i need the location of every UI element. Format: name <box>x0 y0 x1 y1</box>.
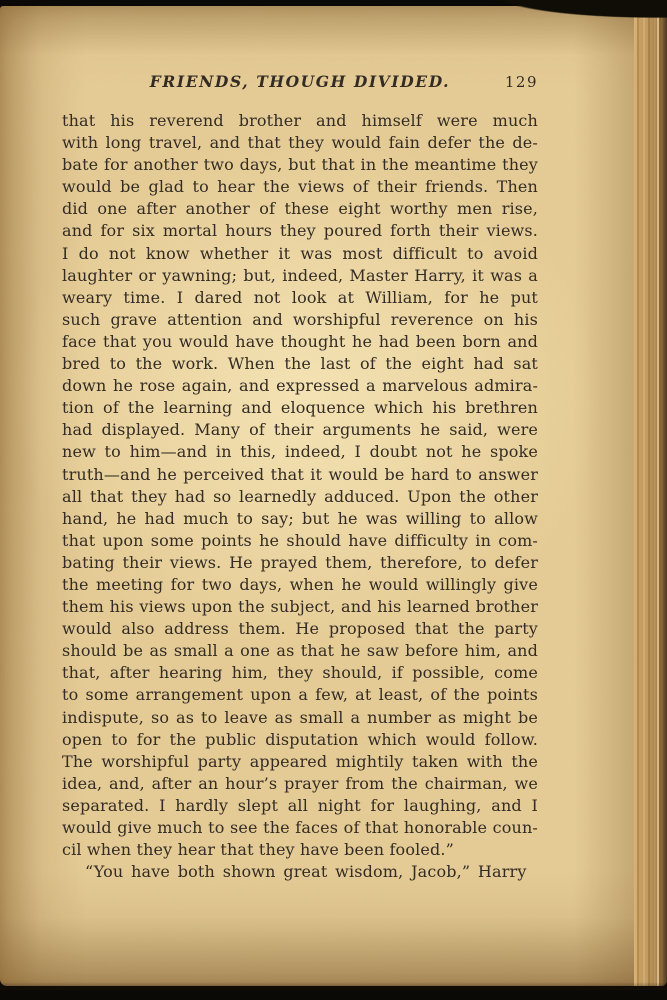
text-line: did one after another of these eight wor… <box>62 198 538 220</box>
text-line: open to for the public disputation which… <box>62 729 538 751</box>
text-line: had displayed. Many of their arguments h… <box>62 419 538 441</box>
text-line: down he rose again, and expressed a marv… <box>62 375 538 397</box>
text-line: should be as small a one as that he saw … <box>62 640 538 662</box>
text-line: such grave attention and worshipful reve… <box>62 309 538 331</box>
text-line: the meeting for two days, when he would … <box>62 574 538 596</box>
text-line: would be glad to hear the views of their… <box>62 176 538 198</box>
text-line: new to him—and in this, indeed, I doubt … <box>62 441 538 463</box>
text-line: indispute, so as to leave as small a num… <box>62 707 538 729</box>
text-line: bating their views. He prayed them, ther… <box>62 552 538 574</box>
text-line: bred to the work. When the last of the e… <box>62 353 538 375</box>
book-scan: FRIENDS, THOUGH DIVIDED. 129 that his re… <box>0 0 667 1000</box>
scan-shadow-top-right <box>407 0 667 30</box>
text-line: and for six mortal hours they poured for… <box>62 220 538 242</box>
text-line: all that they had so learnedly adduced. … <box>62 486 538 508</box>
text-line: bate for another two days, but that in t… <box>62 154 538 176</box>
text-line: weary time. I dared not look at William,… <box>62 287 538 309</box>
text-line: truth—and he perceived that it would be … <box>62 464 538 486</box>
text-line: would also address them. He proposed tha… <box>62 618 538 640</box>
text-line: that upon some points he should have dif… <box>62 530 538 552</box>
text-line: face that you would have thought he had … <box>62 331 538 353</box>
text-line: hand, he had much to say; but he was wil… <box>62 508 538 530</box>
text-line: “You have both shown great wisdom, Jacob… <box>62 861 538 883</box>
text-line: I do not know whether it was most diffic… <box>62 243 538 265</box>
text-line: them his views upon the subject, and his… <box>62 596 538 618</box>
text-line: The worshipful party appeared mightily t… <box>62 751 538 773</box>
text-line: tion of the learning and eloquence which… <box>62 397 538 419</box>
page-body: that his reverend brother and himself we… <box>62 110 538 883</box>
text-line: would give much to see the faces of that… <box>62 817 538 839</box>
scan-shadow-bottom <box>0 982 667 990</box>
running-header: FRIENDS, THOUGH DIVIDED. 129 <box>62 72 538 91</box>
text-line: that, after hearing him, they should, if… <box>62 662 538 684</box>
text-line: cil when they hear that they have been f… <box>62 839 538 861</box>
text-line: that his reverend brother and himself we… <box>62 110 538 132</box>
page-stack-edge <box>634 6 667 986</box>
text-line: separated. I hardly slept all night for … <box>62 795 538 817</box>
text-line: idea, and, after an hour’s prayer from t… <box>62 773 538 795</box>
text-line: to some arrangement upon a few, at least… <box>62 684 538 706</box>
page-edge-highlight <box>657 6 659 986</box>
text-line: laughter or yawning; but, indeed, Master… <box>62 265 538 287</box>
page-number: 129 <box>505 73 538 91</box>
running-header-title: FRIENDS, THOUGH DIVIDED. <box>150 72 450 91</box>
text-line: with long travel, and that they would fa… <box>62 132 538 154</box>
